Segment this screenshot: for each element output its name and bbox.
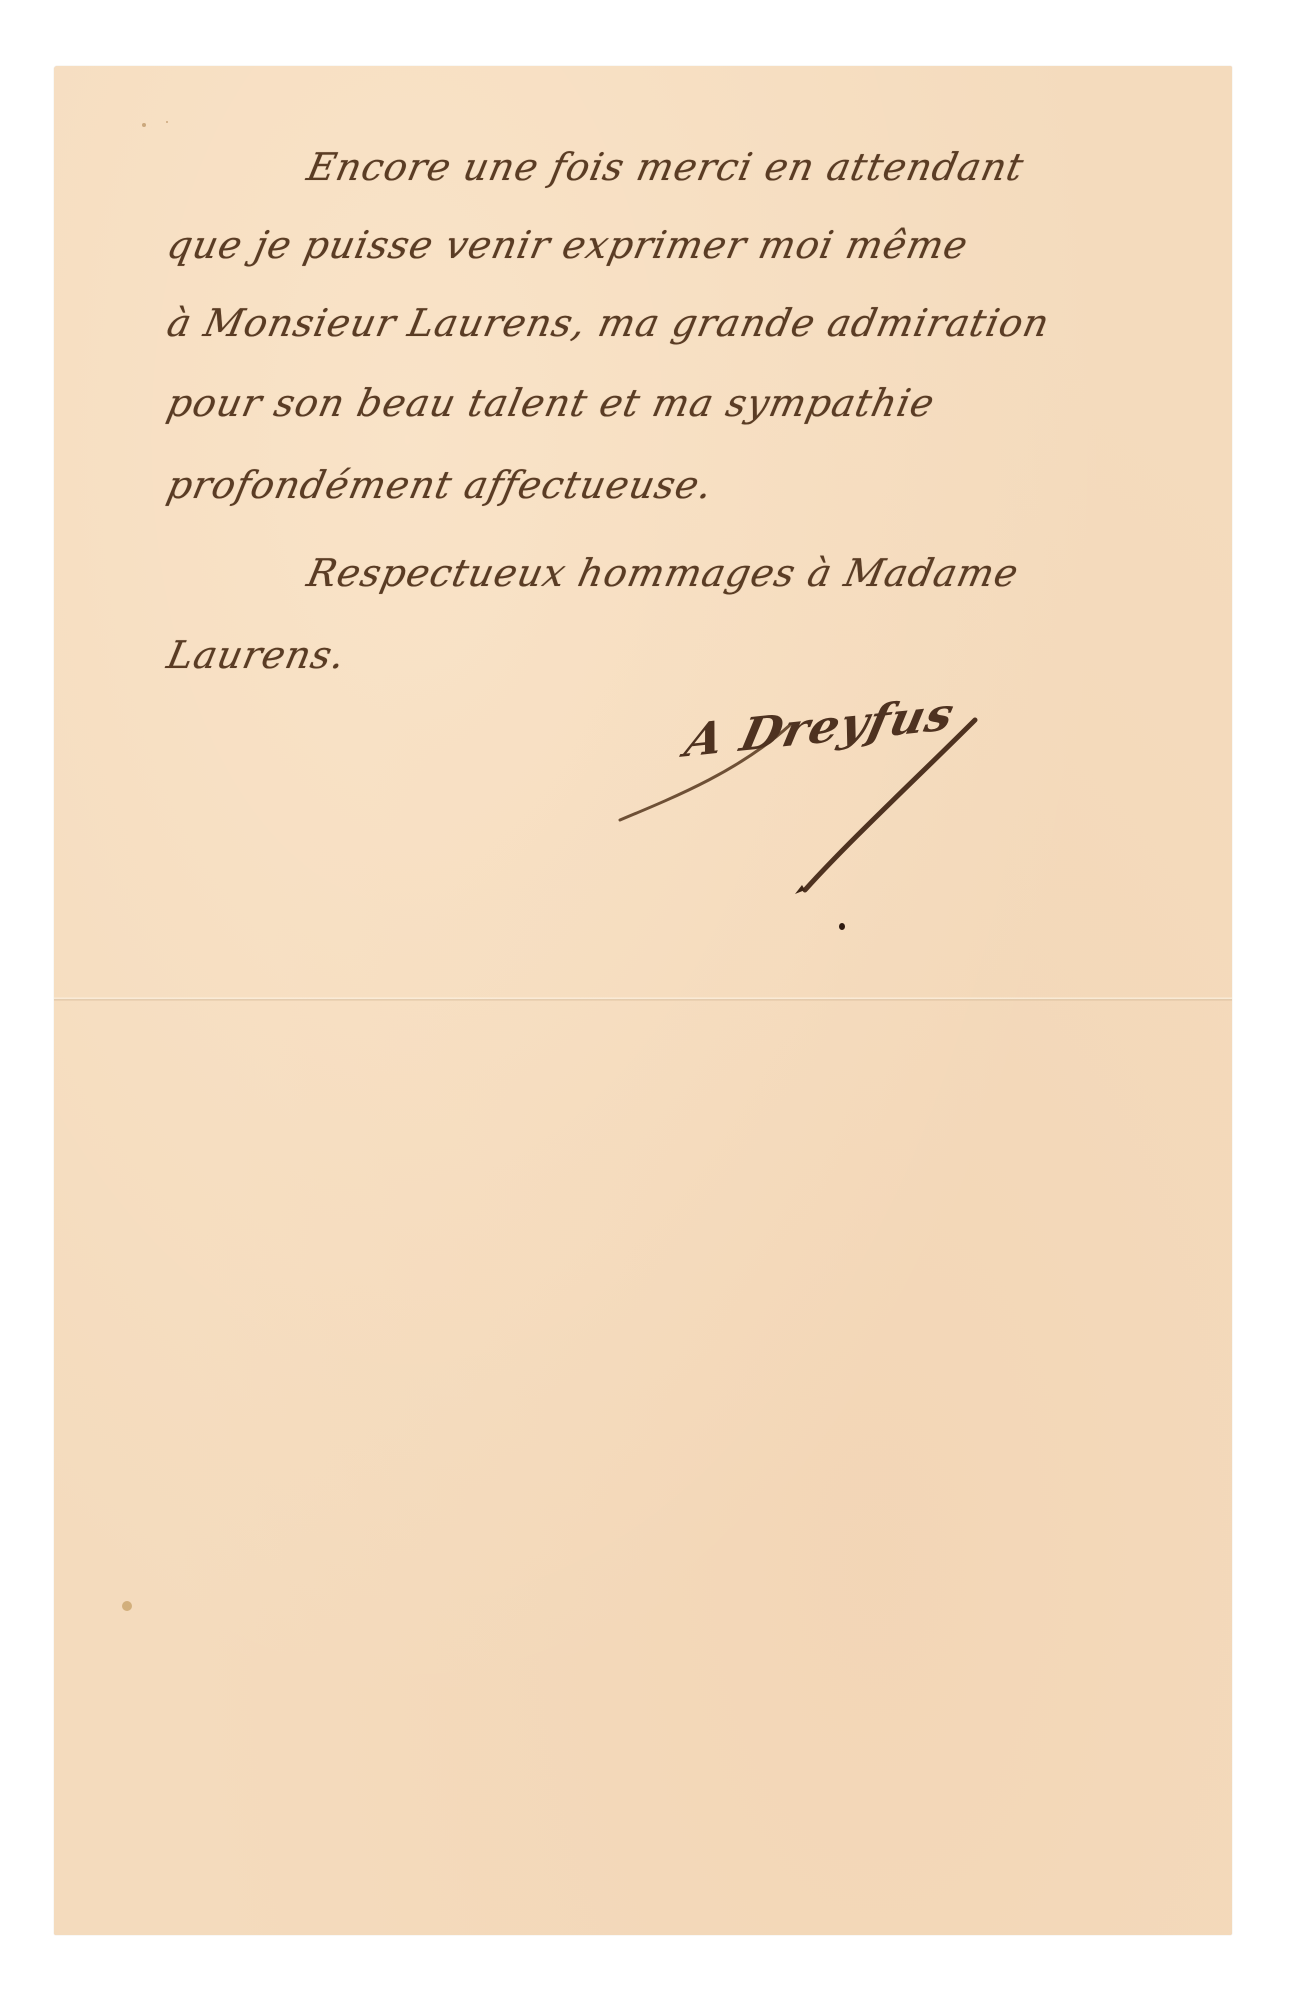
signature: A Dreyfus <box>590 680 1010 880</box>
letter-line-7: Laurens. <box>164 636 349 674</box>
letter-line-4: pour son beau talent et ma sympathie <box>164 384 938 422</box>
letter-line-2: que je puisse venir exprimer moi même <box>164 226 972 264</box>
paper-fold-crease <box>54 997 1232 1001</box>
letter-page: Encore une fois merci en attendant que j… <box>54 66 1232 1935</box>
letter-line-6: Respectueux hommages à Madame <box>304 554 1022 592</box>
letter-line-3: à Monsieur Laurens, ma grande admiration <box>164 304 1053 342</box>
letter-line-1: Encore une fois merci en attendant <box>304 148 1027 186</box>
paper-speck <box>142 123 146 127</box>
letter-line-5: profondément affectueuse. <box>164 466 716 504</box>
ink-dot <box>839 923 845 930</box>
paper-speck <box>166 121 168 123</box>
foxing-spot <box>122 1601 132 1611</box>
